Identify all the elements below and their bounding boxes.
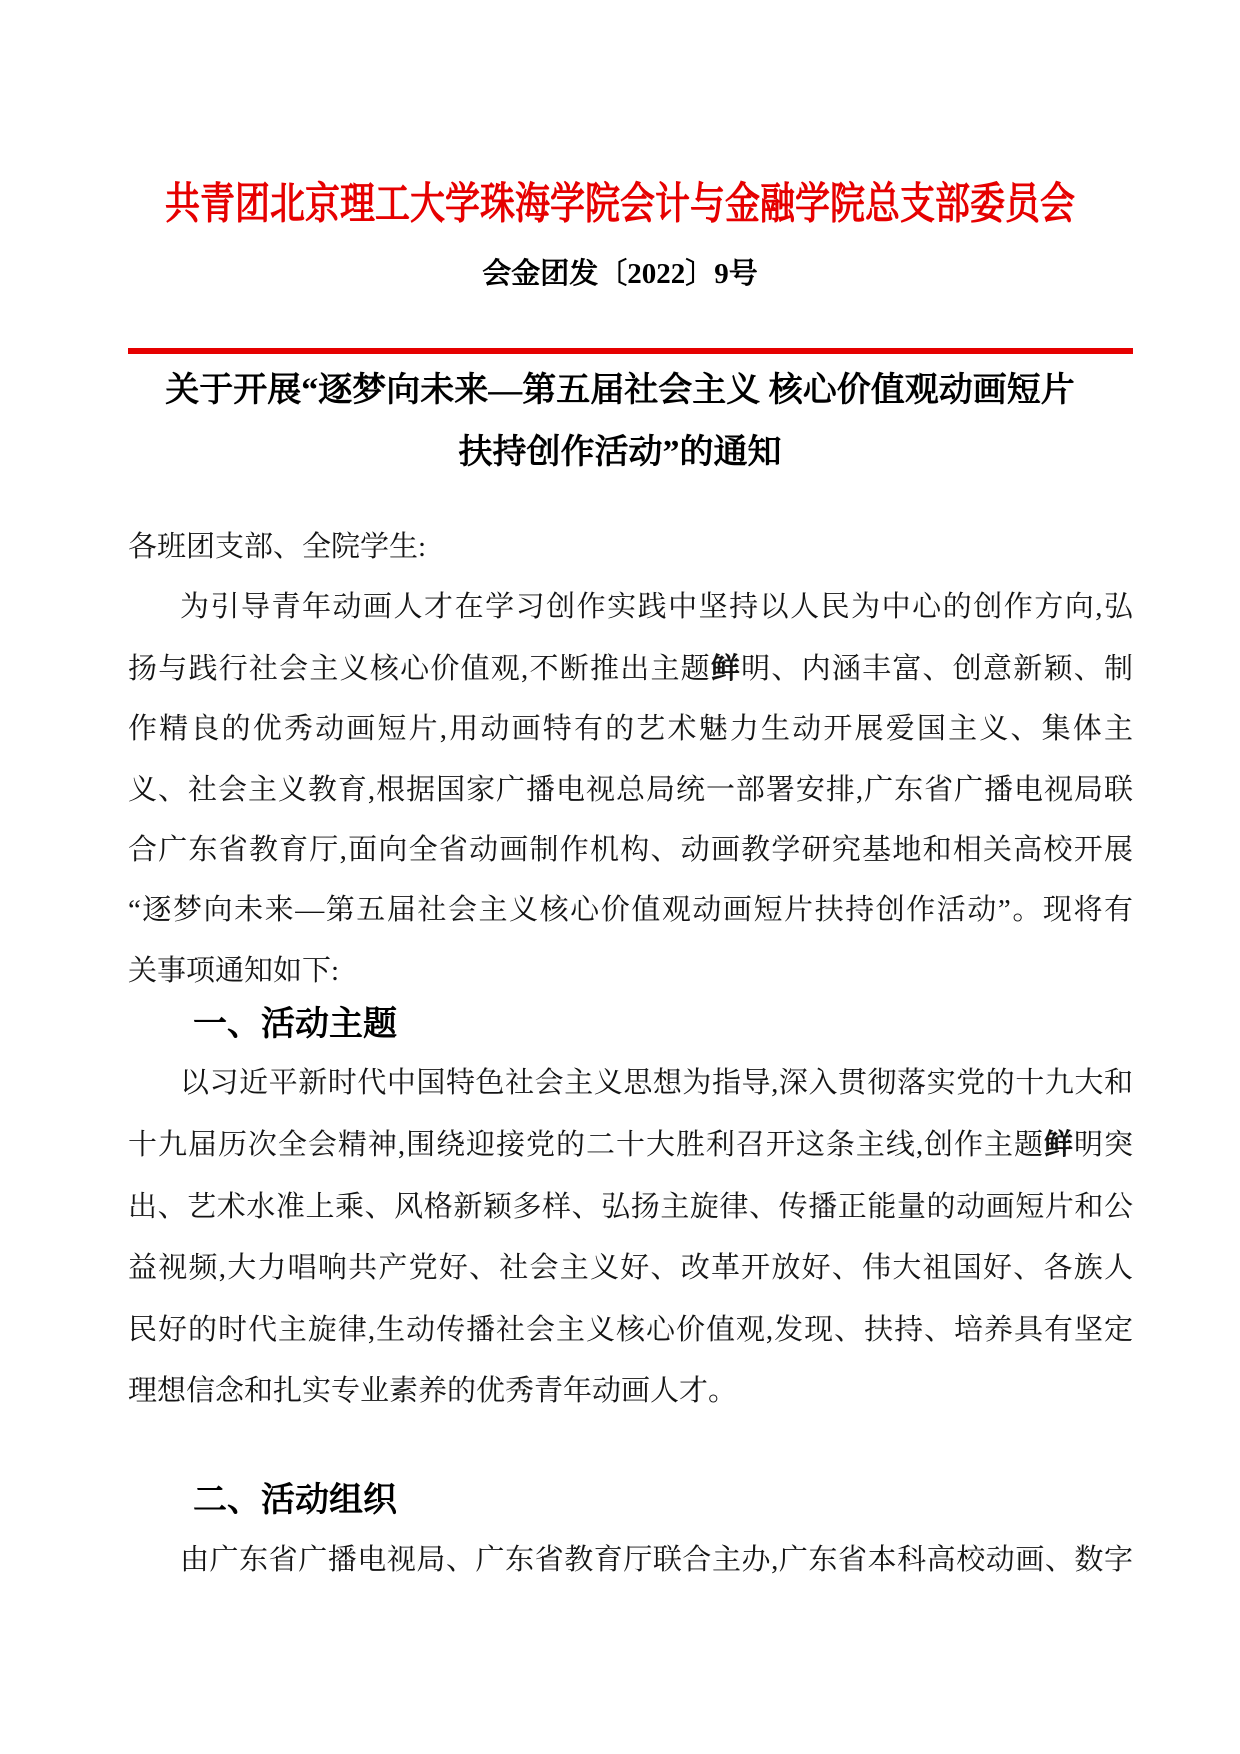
document-title-line-1: 关于开展“逐梦向未来—第五届社会主义 核心价值观动画短片 xyxy=(0,360,1240,422)
body-line: 益视频,大力唱响共产党好、社会主义好、改革开放好、伟大祖国好、各族人 xyxy=(128,1238,1133,1299)
document-title: 关于开展“逐梦向未来—第五届社会主义 核心价值观动画短片 扶持创作活动”的通知 xyxy=(0,360,1240,484)
intro-paragraph: 各班团支部、全院学生: 为引导青年动画人才在学习创作实践中坚持以人民为中心的创作… xyxy=(128,517,1133,1001)
emphasis-char: 鲜 xyxy=(711,651,741,685)
body-line: 为引导青年动画人才在学习创作实践中坚持以人民为中心的创作方向,弘 xyxy=(128,577,1133,637)
body-line-segment: 扬与践行社会主义核心价值观,不断推出主题 xyxy=(128,653,711,685)
section-2-heading: 二、活动组织 xyxy=(128,1481,1133,1519)
body-line: “逐梦向未来—第五届社会主义核心价值观动画短片扶持创作活动”。现将有 xyxy=(128,880,1133,940)
section-1-heading: 一、活动主题 xyxy=(128,1005,1133,1043)
body-line: 民好的时代主旋律,生动传播社会主义核心价值观,发现、扶持、培养具有坚定 xyxy=(128,1300,1133,1361)
body-line: 由广东省广播电视局、广东省教育厅联合主办,广东省本科高校动画、数字 xyxy=(128,1530,1133,1591)
body-line: 理想信念和扎实专业素养的优秀青年动画人才。 xyxy=(128,1361,1133,1422)
body-line-segment: 明、内涵丰富、创意新颖、制 xyxy=(741,653,1133,685)
body-line: 以习近平新时代中国特色社会主义思想为指导,深入贯彻落实党的十九大和 xyxy=(128,1053,1133,1114)
body-line: 出、艺术水准上乘、风格新颖多样、弘扬主旋律、传播正能量的动画短片和公 xyxy=(128,1177,1133,1238)
body-line: 合广东省教育厅,面向全省动画制作机构、动画教学研究基地和相关高校开展 xyxy=(128,820,1133,880)
document-page: 共青团北京理工大学珠海学院会计与金融学院总支部委员会 会金团发〔2022〕9号 … xyxy=(0,0,1240,1754)
red-divider-rule xyxy=(128,348,1133,354)
body-line: 十九届历次全会精神,围绕迎接党的二十大胜利召开这条主线,创作主题鲜明突 xyxy=(128,1114,1133,1176)
document-title-line-2: 扶持创作活动”的通知 xyxy=(0,422,1240,484)
emphasis-char: 鲜 xyxy=(1044,1127,1074,1161)
letterhead-org-name: 共青团北京理工大学珠海学院会计与金融学院总支部委员会 xyxy=(0,176,1240,222)
body-line-segment: 明突 xyxy=(1074,1129,1133,1161)
body-line: 义、社会主义教育,根据国家广播电视总局统一部署安排,广东省广播电视局联 xyxy=(128,760,1133,820)
body-line: 作精良的优秀动画短片,用动画特有的艺术魅力生动开展爱国主义、集体主 xyxy=(128,699,1133,759)
section-2-paragraph: 由广东省广播电视局、广东省教育厅联合主办,广东省本科高校动画、数字 xyxy=(128,1530,1133,1591)
body-line-segment: 十九届历次全会精神,围绕迎接党的二十大胜利召开这条主线,创作主题 xyxy=(128,1129,1044,1161)
section-1-paragraph: 以习近平新时代中国特色社会主义思想为指导,深入贯彻落实党的十九大和 十九届历次全… xyxy=(128,1053,1133,1422)
salutation: 各班团支部、全院学生: xyxy=(128,517,1133,577)
doc-number: 会金团发〔2022〕9号 xyxy=(0,256,1240,292)
letterhead-org-name-text: 共青团北京理工大学珠海学院会计与金融学院总支部委员会 xyxy=(165,176,1075,234)
body-line: 扬与践行社会主义核心价值观,不断推出主题鲜明、内涵丰富、创意新颖、制 xyxy=(128,638,1133,699)
body-line: 关事项通知如下: xyxy=(128,941,1133,1001)
